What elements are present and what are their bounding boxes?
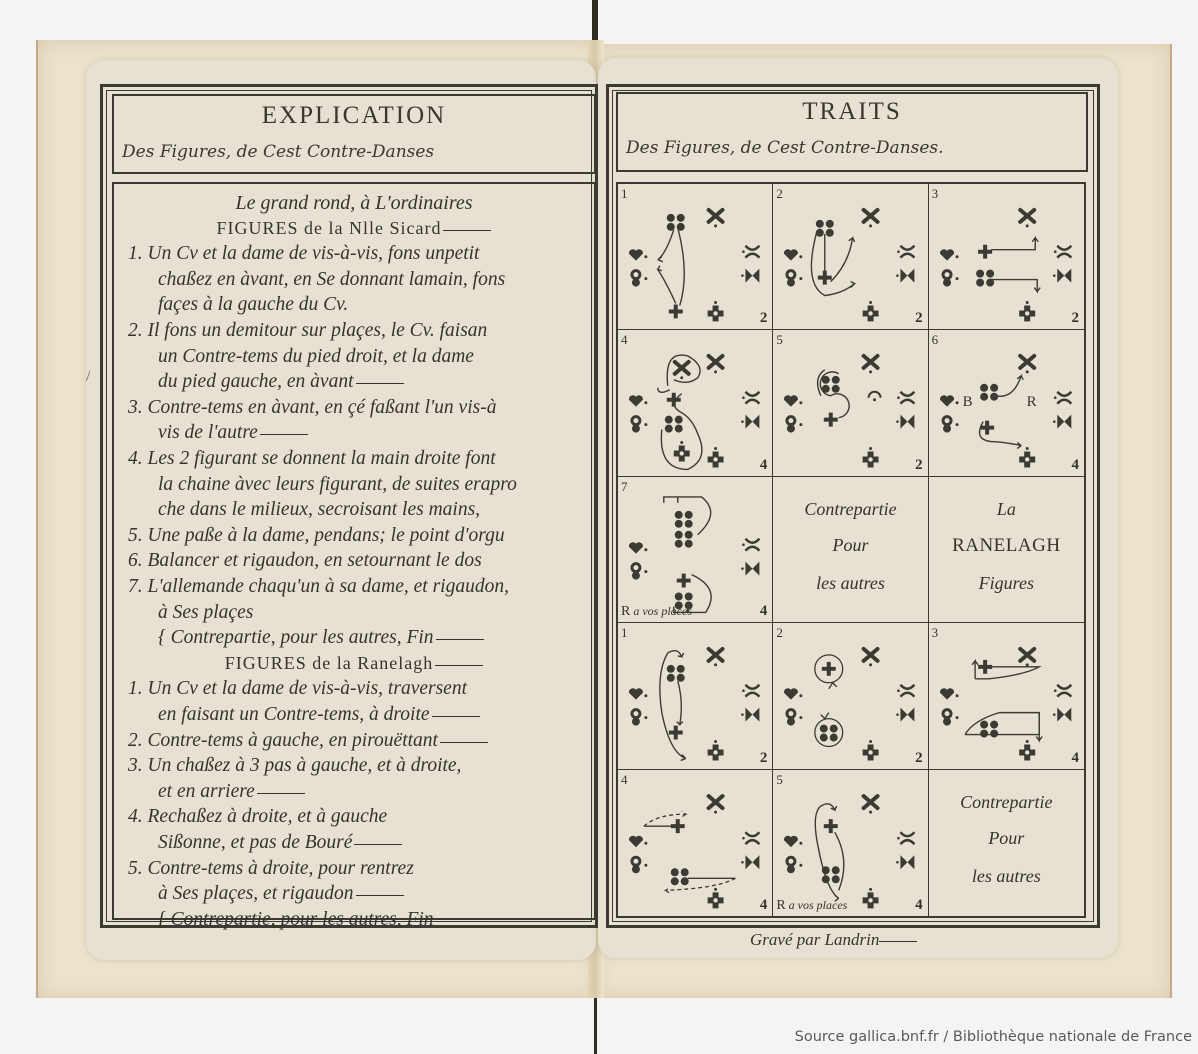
dance-figure-diagram-icon [773,184,927,329]
figure-number: 3 [932,625,939,641]
line-rule [356,895,404,896]
engraver-credit: Gravé par Landrin [750,930,917,950]
foot-text: a vos places [789,898,848,912]
figure-cell: 64BR [929,330,1084,476]
figure-cell: 34 [929,623,1084,769]
line-text: 3. Un chaßez à 3 pas à gauche, et à droi… [128,755,461,776]
measure-count: 4 [1071,457,1079,474]
line-text: en faisant un Contre-tems, à droite [158,704,430,725]
return-to-places-note: Ra vos places [776,898,847,914]
figure-cell: 12 [618,623,773,769]
dance-figure-diagram-icon [618,623,772,768]
figure-number: 2 [776,625,783,641]
caption-line: les autres [929,866,1084,887]
line-text: façes à la gauche du Cv. [158,294,348,315]
measure-count: 4 [915,897,923,914]
caption-line: La [929,499,1084,520]
line-text: 1. Un Cv et la dame de vis-à-vis, fons u… [128,243,479,264]
figure-number: 1 [621,625,628,641]
caption-cell: ContrepartiePourles autres [929,770,1084,916]
explication-text-box: Le grand rond, à L'ordinairesFIGURES de … [112,182,596,920]
line-text: 2. Il fons un demitour sur plaçes, le Cv… [128,320,487,341]
explication-line: 3. Un chaßez à 3 pas à gauche, et à droi… [128,755,461,777]
line-text: { Contrepartie, pour les autres, Fin [158,909,434,930]
explication-line: Le grand rond, à L'ordinaires [114,192,594,215]
dance-figure-diagram-icon [618,330,772,475]
caption-line: Figures [929,573,1084,594]
engraver-rule [879,941,917,942]
measure-count: 4 [1071,750,1079,767]
explication-line: 6. Balancer et rigaudon, en setournant l… [128,550,482,572]
caption-line: Contrepartie [929,792,1084,813]
line-text: et en arriere [158,781,255,802]
dance-figure-diagram-icon [618,477,772,622]
engraver-name: Gravé par Landrin [750,930,879,949]
figure-cell: 22 [773,184,928,330]
explication-line: { Contrepartie, pour les autres, Fin [158,627,484,649]
caption-cell: LaRANELAGHFigures [929,477,1084,623]
line-text: à Ses plaçes [158,602,253,623]
explication-line: un Contre-tems du pied droit, et la dame [158,346,474,368]
measure-count: 4 [760,603,768,620]
measure-count: 2 [915,310,923,327]
explication-line: façes à la gauche du Cv. [158,294,348,316]
line-rule [436,639,484,640]
measure-count: 4 [760,897,768,914]
line-text: 2. Contre-tems à gauche, en pirouëttant [128,730,438,751]
figure-number: 5 [776,772,783,788]
caption-cell: ContrepartiePourles autres [773,477,928,623]
dance-figure-diagram-icon [929,623,1084,768]
source-attribution: Source gallica.bnf.fr / Bibliothèque nat… [795,1029,1192,1045]
figure-number: 6 [932,332,939,348]
dance-figure-diagram-icon [929,330,1084,475]
position-label: R [1027,394,1037,411]
line-text: 4. Rechaßez à droite, et à gauche [128,806,387,827]
explication-line: à Ses plaçes, et rigaudon [158,883,404,905]
line-text: 7. L'allemande chaqu'un à sa dame, et ri… [128,576,509,597]
figure-number: 1 [621,186,628,202]
dance-figure-diagram-icon [773,770,927,916]
line-rule [432,716,480,717]
caption-line: les autres [773,573,927,594]
explication-line: 2. Il fons un demitour sur plaçes, le Cv… [128,320,487,342]
margin-mark: / [86,368,90,386]
figure-cell: 54Ra vos places [773,770,928,916]
explication-line: la chaine àvec leurs figurant, de suites… [158,474,517,496]
caption-line: RANELAGH [929,535,1084,557]
line-text: 1. Un Cv et la dame de vis-à-vis, traver… [128,678,467,699]
line-text: du pied gauche, en àvant [158,371,354,392]
explication-line: du pied gauche, en àvant [158,371,404,393]
explication-line: 2. Contre-tems à gauche, en pirouëttant [128,730,488,752]
line-rule [443,230,491,231]
caption-line: Pour [929,828,1084,849]
figure-cell: 12 [618,184,773,330]
return-to-places-note: Ra vos places [621,604,692,620]
caption-line: Contrepartie [773,499,927,520]
foot-letter: R [776,898,785,913]
left-page-title: EXPLICATION [114,102,594,130]
explication-line: chaßez en àvant, en Se donnant lamain, f… [158,269,505,291]
foot-letter: R [621,604,630,619]
explication-line: à Ses plaçes [158,602,253,624]
explication-line: 5. Contre-tems à droite, pour rentrez [128,858,414,880]
line-text: 5. Une paße à la dame, pendans; le point… [128,525,505,546]
explication-line: 4. Les 2 figurant se donnent la main dro… [128,448,496,470]
figure-number: 2 [776,186,783,202]
dance-figure-diagram-icon [773,330,927,475]
line-text: vis de l'autre [158,422,258,443]
figure-cell: 52 [773,330,928,476]
line-rule [436,921,484,922]
dance-figure-diagram-icon [618,770,772,916]
line-rule [260,434,308,435]
line-rule [354,844,402,845]
figure-number: 7 [621,479,628,495]
book-spine-bottom [594,998,597,1054]
dance-figure-diagram-icon [773,623,927,768]
book-spine-top [592,0,598,44]
measure-count: 2 [915,457,923,474]
line-text: chaßez en àvant, en Se donnant lamain, f… [158,269,505,290]
measure-count: 2 [1071,310,1079,327]
line-text: Sißonne, et pas de Bouré [158,832,352,853]
line-rule [257,793,305,794]
section-heading: FIGURES de la Ranelagh [114,653,594,674]
line-text: { Contrepartie, pour les autres, Fin [158,627,434,648]
explication-line: { Contrepartie, pour les autres, Fin [158,909,484,931]
line-text: la chaine àvec leurs figurant, de suites… [158,474,517,495]
caption-line: Pour [773,535,927,556]
line-text: 4. Les 2 figurant se donnent la main dro… [128,448,496,469]
explication-line: 5. Une paße à la dame, pendans; le point… [128,525,505,547]
measure-count: 2 [915,750,923,767]
line-rule [435,665,483,666]
explication-line: 1. Un Cv et la dame de vis-à-vis, traver… [128,678,467,700]
explication-line: 1. Un Cv et la dame de vis-à-vis, fons u… [128,243,479,265]
figure-cell: 22 [773,623,928,769]
line-text: 6. Balancer et rigaudon, en setournant l… [128,550,482,571]
line-text: FIGURES de la Ranelagh [225,653,433,673]
right-page-title: TRAITS [618,98,1086,126]
explication-line: 4. Rechaßez à droite, et à gauche [128,806,387,828]
measure-count: 2 [760,310,768,327]
figure-cell: 44 [618,770,773,916]
figure-number: 4 [621,332,628,348]
explication-line: che dans le milieux, secroisant les main… [158,499,480,521]
right-page-subtitle: Des Figures, de Cest Contre-Danses. [626,138,1078,158]
measure-count: 2 [760,750,768,767]
figure-cell: 74Ra vos places [618,477,773,623]
line-rule [440,742,488,743]
left-title-box: EXPLICATION Des Figures, de Cest Contre-… [112,94,596,174]
line-rule [356,383,404,384]
explication-line: en faisant un Contre-tems, à droite [158,704,480,726]
figure-cell: 44 [618,330,773,476]
figure-number: 5 [776,332,783,348]
line-text: Le grand rond, à L'ordinaires [235,192,472,214]
dance-figure-diagram-icon [618,184,772,329]
figure-number: 3 [932,186,939,202]
line-text: FIGURES de la Nlle Sicard [217,218,442,238]
line-text: 3. Contre-tems en àvant, en çé faßant l'… [128,397,496,418]
line-text: à Ses plaçes, et rigaudon [158,883,354,904]
explication-line: 7. L'allemande chaqu'un à sa dame, et ri… [128,576,509,598]
line-text: 5. Contre-tems à droite, pour rentrez [128,858,414,879]
explication-line: et en arriere [158,781,305,803]
figure-number: 4 [621,772,628,788]
line-text: che dans le milieux, secroisant les main… [158,499,480,520]
line-text: un Contre-tems du pied droit, et la dame [158,346,474,367]
left-page-subtitle: Des Figures, de Cest Contre-Danses [122,142,586,162]
right-title-box: TRAITS Des Figures, de Cest Contre-Danse… [616,92,1088,172]
figure-cell: 32 [929,184,1084,330]
explication-line: vis de l'autre [158,422,308,444]
figures-grid: 122232445264BR74Ra vos placesContreparti… [616,182,1086,918]
explication-line: 3. Contre-tems en àvant, en çé faßant l'… [128,397,496,419]
dance-figure-diagram-icon [929,184,1084,329]
explication-line: Sißonne, et pas de Bouré [158,832,402,854]
position-label: B [963,394,973,411]
section-heading: FIGURES de la Nlle Sicard [114,218,594,239]
measure-count: 4 [760,457,768,474]
foot-text: a vos places [633,604,692,618]
